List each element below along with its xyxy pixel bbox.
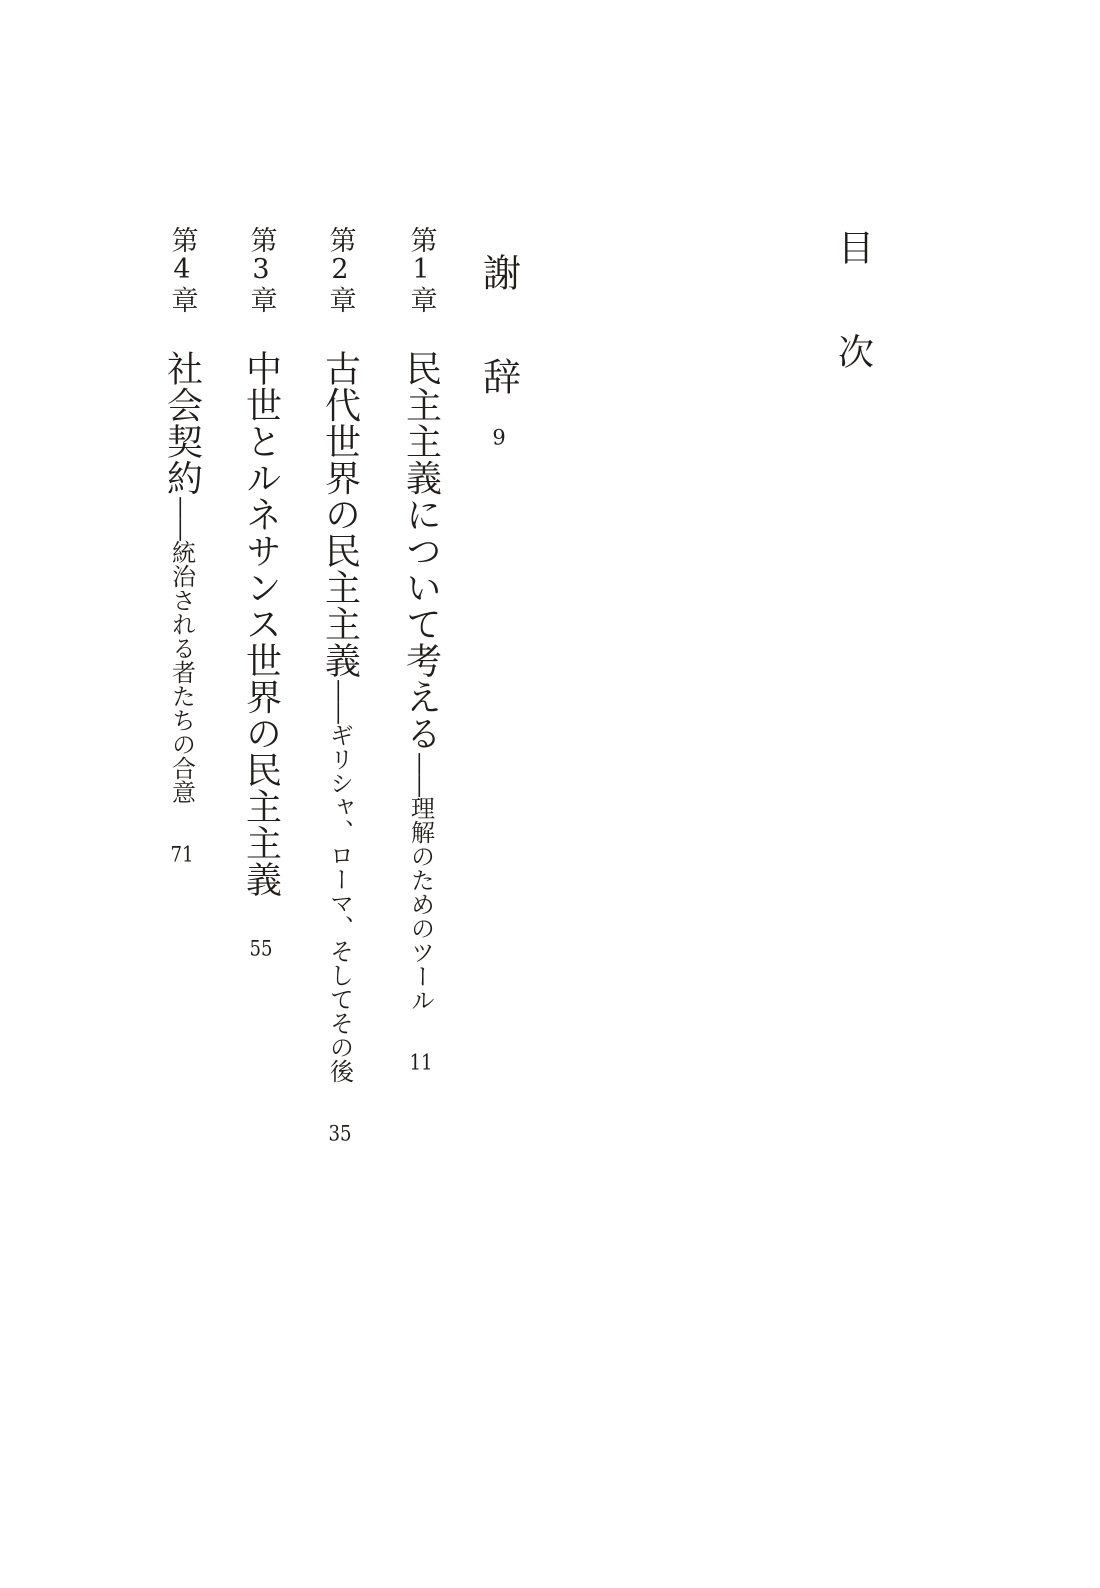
chapter-4-subtitle-dash: —— [168, 496, 196, 540]
chapter-1-subtitle-dash: —— [407, 752, 435, 796]
chapter-3-page-number: 55 [249, 938, 273, 959]
chapter-1-number: 第1章 [402, 226, 441, 314]
toc-entry-chapter-1: 第1章 民主主義について考える —— 理解のためのツール 11 [396, 226, 447, 1073]
chapter-1-subtitle: 理解のためのツール [404, 796, 439, 1012]
chapter-4-title: 社会契約 [157, 350, 208, 496]
toc-entry-chapter-3: 第3章 中世とルネサンス世界の民主主義 55 [236, 226, 287, 959]
toc-entry-chapter-2: 第2章 古代世界の民主主義 —— ギリシャ、ローマ、そしてその後 35 [315, 226, 366, 1144]
chapter-2-subtitle: ギリシャ、ローマ、そしてその後 [323, 723, 358, 1083]
chapter-1-page-number: 11 [409, 1052, 433, 1073]
chapter-2-page-number: 35 [328, 1123, 352, 1144]
chapter-2-title: 古代世界の民主主義 [315, 350, 366, 679]
page-title-text: 目 次 [828, 229, 879, 385]
chapter-4-page-number: 71 [170, 844, 194, 865]
acknowledgments-page-number: 9 [487, 427, 511, 448]
chapter-4-number: 第4章 [163, 226, 202, 314]
acknowledgments-label: 謝 辞 [472, 253, 527, 409]
toc-entry-acknowledgments: 謝 辞 9 [472, 253, 527, 448]
chapter-2-subtitle-dash: —— [326, 679, 354, 723]
chapter-1-title: 民主主義について考える [396, 350, 447, 752]
page-title: 目 次 [828, 229, 879, 385]
toc-page: 目 次 謝 辞 9 第1章 民主主義について考える —— 理解のためのツール 1… [0, 0, 1100, 1588]
chapter-3-title: 中世とルネサンス世界の民主主義 [236, 350, 287, 898]
chapter-2-number: 第2章 [321, 226, 360, 314]
toc-entry-chapter-4: 第4章 社会契約 —— 統治される者たちの合意 71 [157, 226, 208, 865]
chapter-4-subtitle: 統治される者たちの合意 [165, 540, 200, 804]
chapter-3-number: 第3章 [242, 226, 281, 314]
